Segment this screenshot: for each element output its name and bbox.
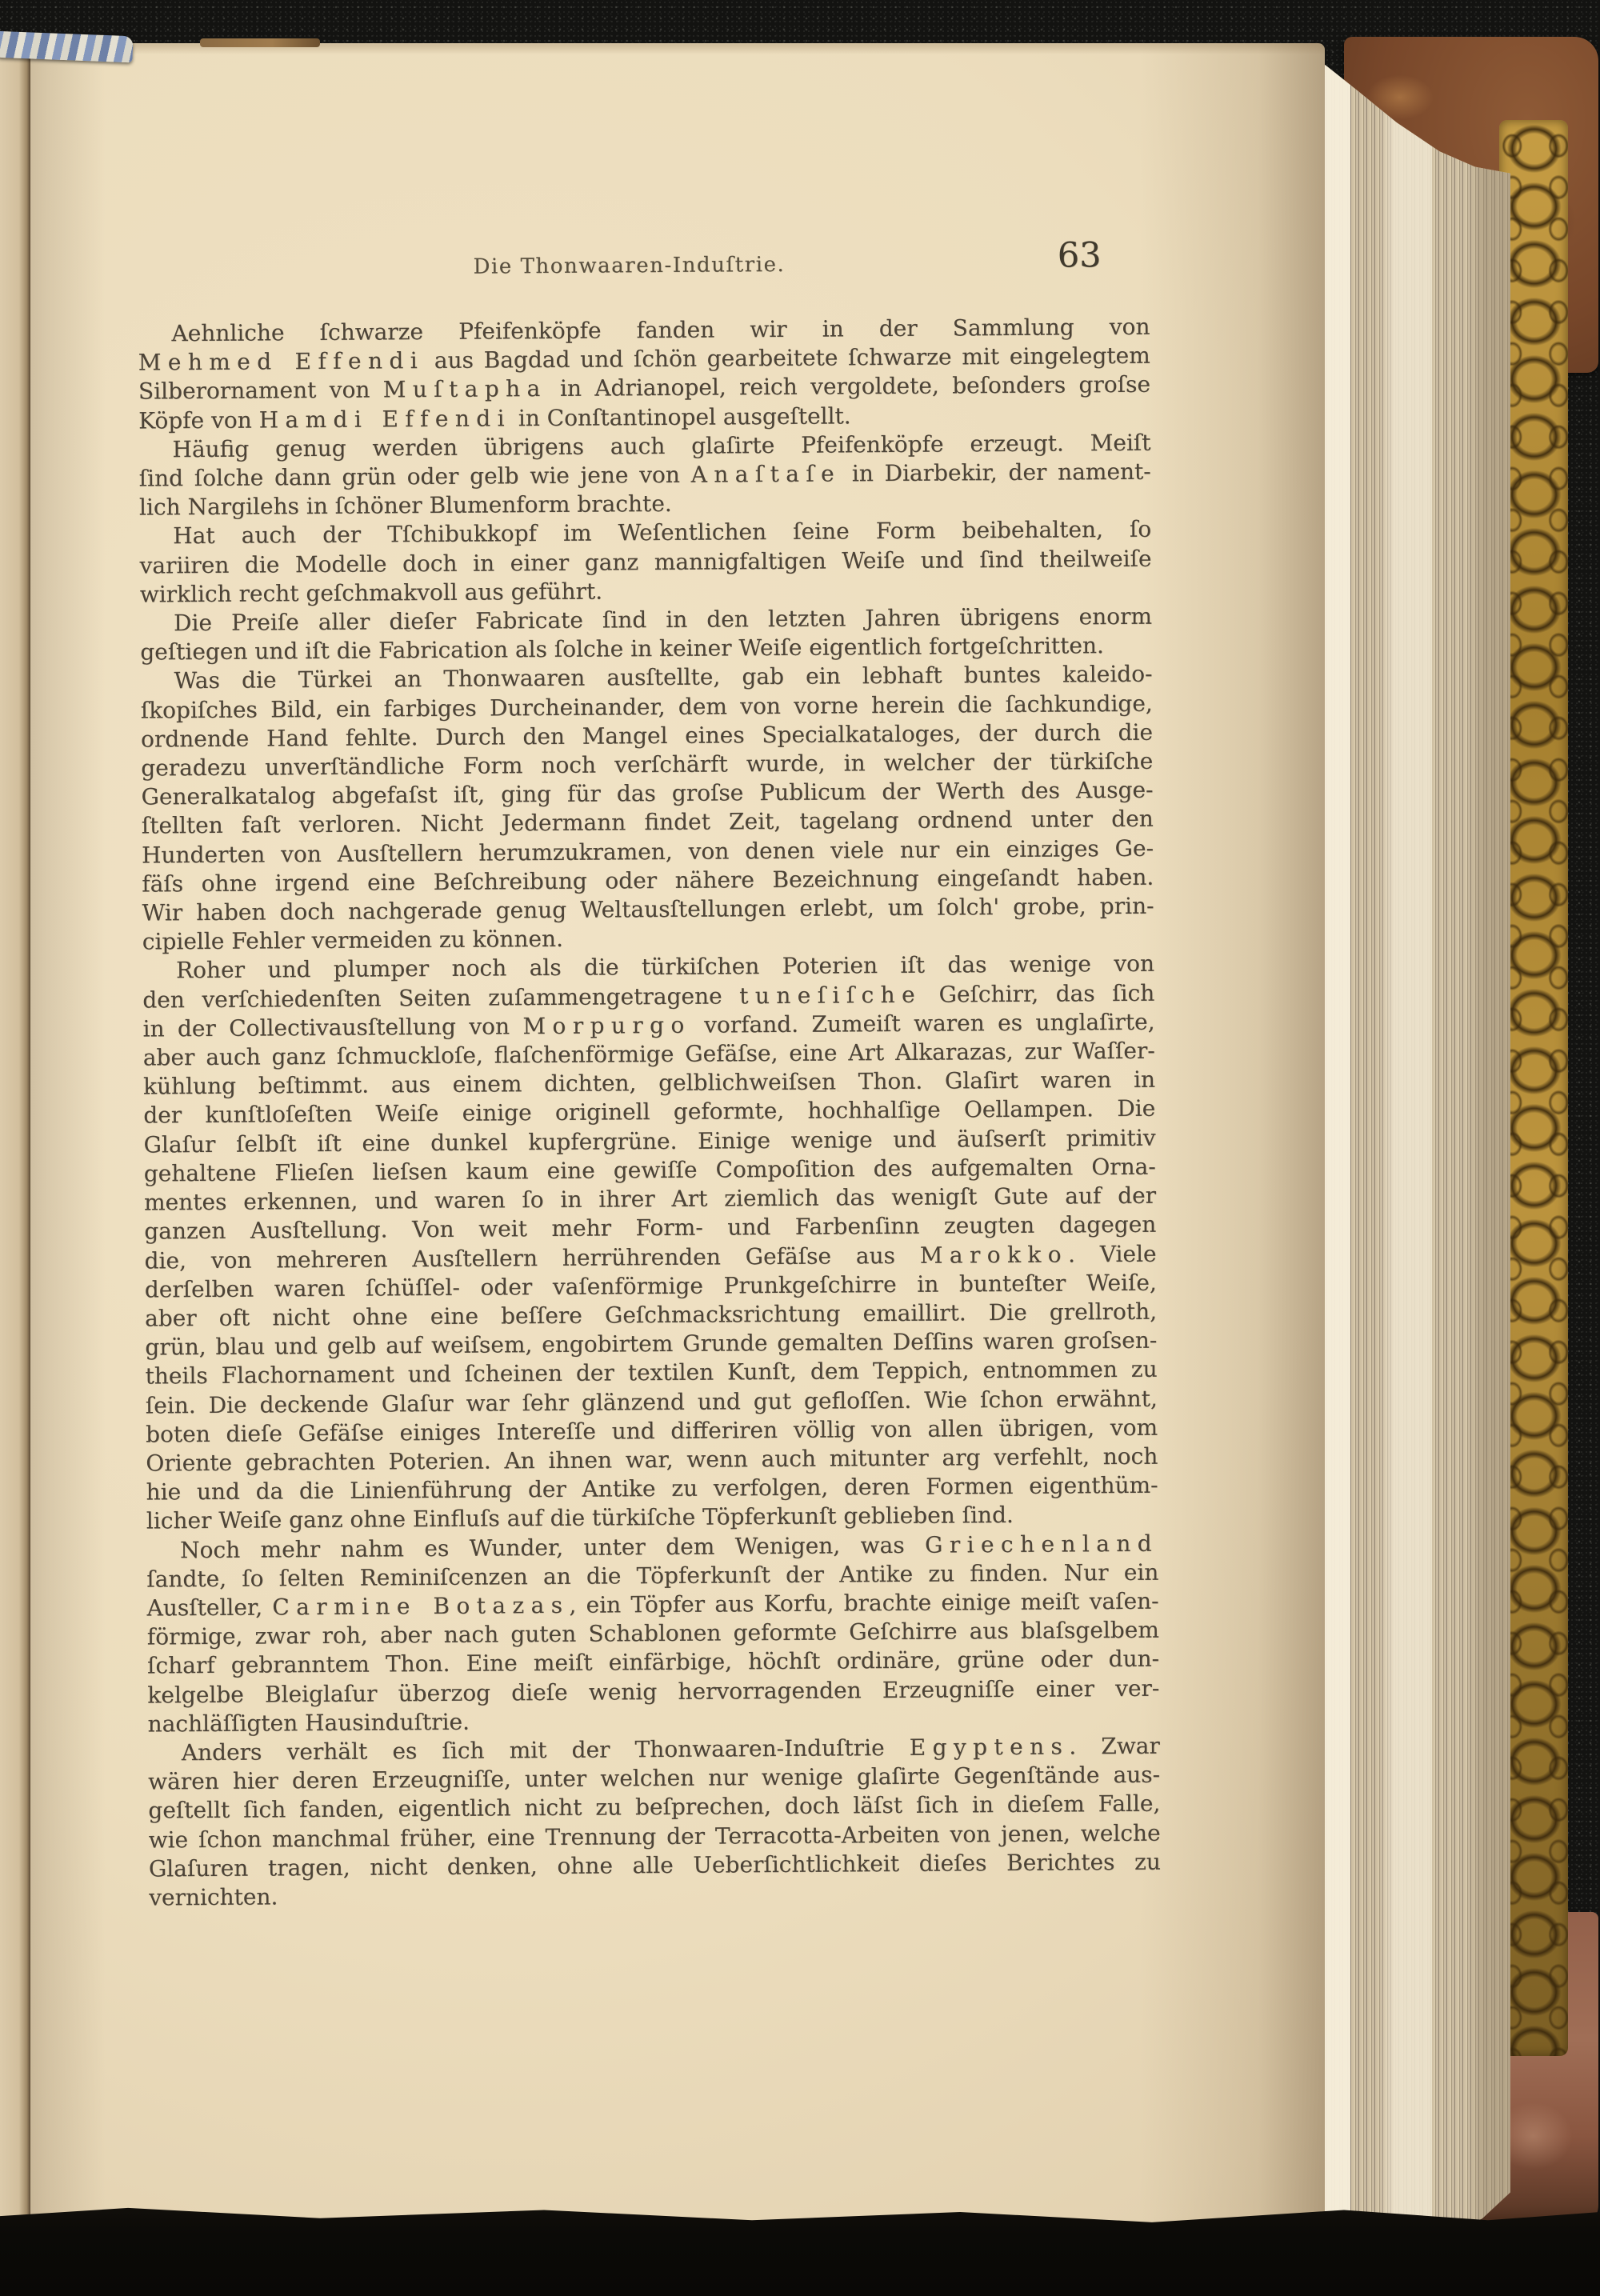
- paragraph: Die Preiſe aller dieſer Fabricate ſind i…: [140, 602, 1152, 667]
- text-segment: die, von mehreren Ausſtellern herrührend…: [144, 1242, 919, 1274]
- text-segment: geſtiegen und iſt die Fabrication als ſo…: [140, 632, 1104, 665]
- text-segment: Silberornament von: [138, 377, 383, 405]
- text-segment: ſein. Die deckende Glaſur war ſehr glänz…: [146, 1385, 1158, 1418]
- text-segment: in Conſtantinopel ausgeſtellt.: [511, 402, 851, 431]
- text-segment: Roher und plumper noch als die türkiſche…: [176, 950, 1154, 984]
- paragraph: Noch mehr nahm es Wunder, unter dem Weni…: [146, 1529, 1160, 1738]
- letterspaced-name: Morpurgo: [522, 1012, 690, 1039]
- text-segment: ſind ſolche dann grün oder gelb wie jene…: [139, 462, 691, 492]
- printed-text-layer: Die Thonwaaren-Induſtrie. 63 Aehnliche ſ…: [0, 0, 1334, 2296]
- text-segment: Glaſur ſelbſt iſt eine dunkel kupfergrün…: [143, 1124, 1155, 1158]
- text-segment: in Adrianopel, reich vergoldete, beſonde…: [546, 371, 1150, 402]
- text-segment: vorfand. Zumeiſt waren es unglaſirte,: [691, 1009, 1155, 1038]
- text-segment: licher Weiſe ganz ohne Einfluſs auf die …: [146, 1502, 1014, 1534]
- text-segment: cipielle Fehler vermeiden zu können.: [142, 926, 563, 955]
- letterspaced-name: Mehmed Effendi: [138, 347, 425, 375]
- paragraph: Was die Türkei an Thonwaaren ausſtellte,…: [140, 660, 1154, 957]
- text-segment: Die Preiſe aller dieſer Fabricate ſind i…: [174, 603, 1152, 637]
- text-segment: vernichten.: [149, 1883, 278, 1910]
- text-segment: aus Bagdad und ſchön gearbeitete ſchwarz…: [424, 342, 1150, 374]
- paragraph: Anders verhält es ſich mit der Thonwaare…: [148, 1732, 1161, 1913]
- text-segment: in Diarbekir, der nament-: [841, 458, 1151, 487]
- text-segment: ſandte, ſo ſelten Reminiſcenzen an die T…: [146, 1558, 1158, 1592]
- letterspaced-name: Carmine Botazas: [272, 1592, 569, 1621]
- text-segment: ganzen Ausſtellung. Von weit mehr Form- …: [144, 1211, 1156, 1245]
- text-segment: , ein Töpfer aus Korfu, brachte einige m…: [569, 1588, 1158, 1618]
- text-segment: . Zwar: [1069, 1733, 1160, 1760]
- letterspaced-name: Hamdi Effendi: [259, 405, 512, 433]
- paragraph: Hat auch der Tſchibukkopf im Weſentliche…: [139, 515, 1152, 609]
- text-segment: Köpfe von: [138, 406, 259, 434]
- text-segment: Häufig genug werden übrigens auch glaſir…: [172, 430, 1150, 463]
- paragraph: Roher und plumper noch als die türkiſche…: [142, 950, 1158, 1536]
- letterspaced-name: Marokko: [920, 1241, 1068, 1268]
- text-segment: ſtellten faſt verloren. Nicht Jedermann …: [142, 806, 1154, 839]
- text-segment: wirklich recht geſchmakvoll aus geführt.: [140, 578, 603, 607]
- text-segment: theils Flachornament und ſcheinen der te…: [145, 1356, 1157, 1390]
- text-segment: Wir haben doch nachgerade genug Weltausſ…: [142, 893, 1154, 926]
- text-segment: Aehnliche ſchwarze Pfeifenköpfe fanden w…: [171, 314, 1150, 347]
- text-segment: nachläſſigten Hausinduſtrie.: [147, 1708, 470, 1737]
- text-segment: ſkopiſches Bild, ein farbiges Durcheinan…: [141, 690, 1153, 723]
- book-photo: Die Thonwaaren-Induſtrie. 63 Aehnliche ſ…: [0, 0, 1600, 2296]
- letterspaced-name: Griechenland: [925, 1530, 1158, 1558]
- text-segment: lich Nargilehs in ſchöner Blumenform bra…: [139, 490, 672, 521]
- letterspaced-name: Anaſtaſe: [691, 460, 842, 487]
- letterspaced-name: Egyptens: [910, 1733, 1070, 1760]
- text-segment: wie ſchon manchmal früher, eine Trennung…: [149, 1819, 1161, 1853]
- text-segment: den verſchiedenſten Seiten zuſammengetra…: [142, 982, 739, 1013]
- text-block: Aehnliche ſchwarze Pfeifenköpfe fanden w…: [138, 313, 1161, 1913]
- text-segment: Geſchirr, das ſich: [922, 979, 1154, 1007]
- text-segment: kelgelbe Bleiglaſur überzog dieſe wenig …: [147, 1674, 1159, 1708]
- letterspaced-name: tuneſiſche: [739, 981, 922, 1009]
- text-segment: geſtellt ſich fanden, eigentlich nicht z…: [148, 1790, 1160, 1824]
- text-segment: derſelben waren ſchüſſel- oder vaſenförm…: [145, 1269, 1157, 1302]
- text-segment: Noch mehr nahm es Wunder, unter dem Weni…: [180, 1531, 925, 1562]
- paragraph: Aehnliche ſchwarze Pfeifenköpfe fanden w…: [138, 313, 1150, 436]
- letterspaced-name: Muſtapha: [383, 375, 547, 402]
- text-segment: boten dieſe Gefäſse einiges Intereſſe un…: [146, 1414, 1158, 1447]
- text-segment: der kunſtloſeſten Weiſe einige originell…: [143, 1095, 1155, 1129]
- text-segment: Glaſuren tragen, nicht denken, ohne alle…: [149, 1848, 1161, 1882]
- text-segment: Was die Türkei an Thonwaaren ausſtellte,…: [174, 661, 1152, 694]
- page-number: 63: [1058, 235, 1102, 275]
- text-segment: ſcharf gebranntem Thon. Eine meiſt einfä…: [147, 1646, 1159, 1679]
- paragraph: Häufig genug werden übrigens auch glaſir…: [138, 429, 1151, 522]
- text-segment: Anders verhält es ſich mit der Thonwaare…: [182, 1734, 910, 1766]
- text-segment: in der Collectivausſtellung von: [142, 1013, 522, 1042]
- text-segment: Hunderten von Ausſtellern herumzukramen,…: [142, 834, 1154, 868]
- text-segment: Hat auch der Tſchibukkopf im Weſentliche…: [173, 516, 1151, 550]
- text-segment: Ausſteller,: [146, 1594, 272, 1621]
- text-segment: . Viele: [1068, 1240, 1157, 1267]
- text-segment: variiren die Modelle doch in einer ganz …: [139, 545, 1151, 578]
- running-title: Die Thonwaaren-Induſtrie.: [147, 250, 1111, 281]
